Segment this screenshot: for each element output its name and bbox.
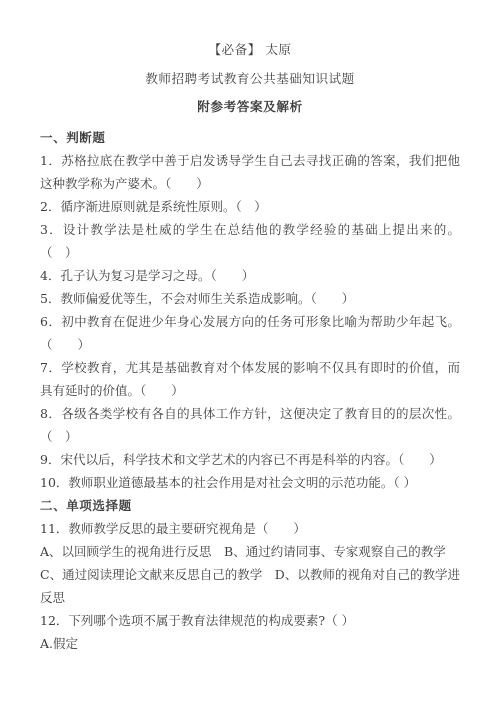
question-text-line: 这种教学称为产婆术。（ ） <box>40 172 460 195</box>
exam-document-page: 【必备】 太原教师招聘考试教育公共基础知识试题附参考答案及解析 一、判断题1．苏… <box>0 0 500 707</box>
question-text-line: 9．宋代以后，科学技术和文学艺术的内容已不再是科举的内容。（ ） <box>40 448 460 471</box>
question-text-line: 3．设计教学法是杜威的学生在总结他的教学经验的基础上提出来的。 <box>40 218 460 241</box>
doc-title: 教师招聘考试教育公共基础知识试题 <box>40 65 460 94</box>
question-text-line: 2．循序渐进原则就是系统性原则。（ ） <box>40 195 460 218</box>
question-text-line: 4．孔子认为复习是学习之母。（ ） <box>40 264 460 287</box>
question-text-line: A.假定 <box>40 632 460 655</box>
question-text-line: C、通过阅读理论文献来反思自己的教学 D、以教师的视角对自己的教学进行 <box>40 563 460 586</box>
question-text-line: 6．初中教育在促进少年身心发展方向的任务可形象比喻为帮助少年起飞。 <box>40 310 460 333</box>
question-text-line: 具有延时的价值。（ ） <box>40 379 460 402</box>
doc-subtitle: 附参考答案及解析 <box>40 93 460 122</box>
document-body: 一、判断题1．苏格拉底在教学中善于启发诱导学生自己去寻找正确的答案，我们把他的这… <box>40 126 460 655</box>
question-text-line: 1．苏格拉底在教学中善于启发诱导学生自己去寻找正确的答案，我们把他的 <box>40 149 460 172</box>
question-text-line: 7．学校教育，尤其是基础教育对个体发展的影响不仅具有即时的价值，而且 <box>40 356 460 379</box>
question-text-line: （ ） <box>40 241 460 264</box>
question-text-line: 8．各级各类学校有各自的具体工作方针，这便决定了教育目的的层次性。 <box>40 402 460 425</box>
question-text-line: 反思 <box>40 586 460 609</box>
question-text-line: 5．教师偏爱优等生，不会对师生关系造成影响。（ ） <box>40 287 460 310</box>
document-header: 【必备】 太原教师招聘考试教育公共基础知识试题附参考答案及解析 <box>40 36 460 122</box>
doc-badge-title: 【必备】 太原 <box>40 36 460 65</box>
question-text-line: 11．教师教学反思的最主要研究视角是（ ） <box>40 517 460 540</box>
question-text-line: 12．下列哪个选项不属于教育法律规范的构成要素?（ ） <box>40 609 460 632</box>
question-text-line: （ ） <box>40 333 460 356</box>
section-heading: 一、判断题 <box>40 126 460 149</box>
question-text-line: 10．教师职业道德最基本的社会作用是对社会文明的示范功能。（ ） <box>40 471 460 494</box>
question-text-line: A、以回顾学生的视角进行反思 B、通过约请同事、专家观察自己的教学 <box>40 540 460 563</box>
section-heading: 二、单项选择题 <box>40 494 460 517</box>
question-text-line: （ ） <box>40 425 460 448</box>
